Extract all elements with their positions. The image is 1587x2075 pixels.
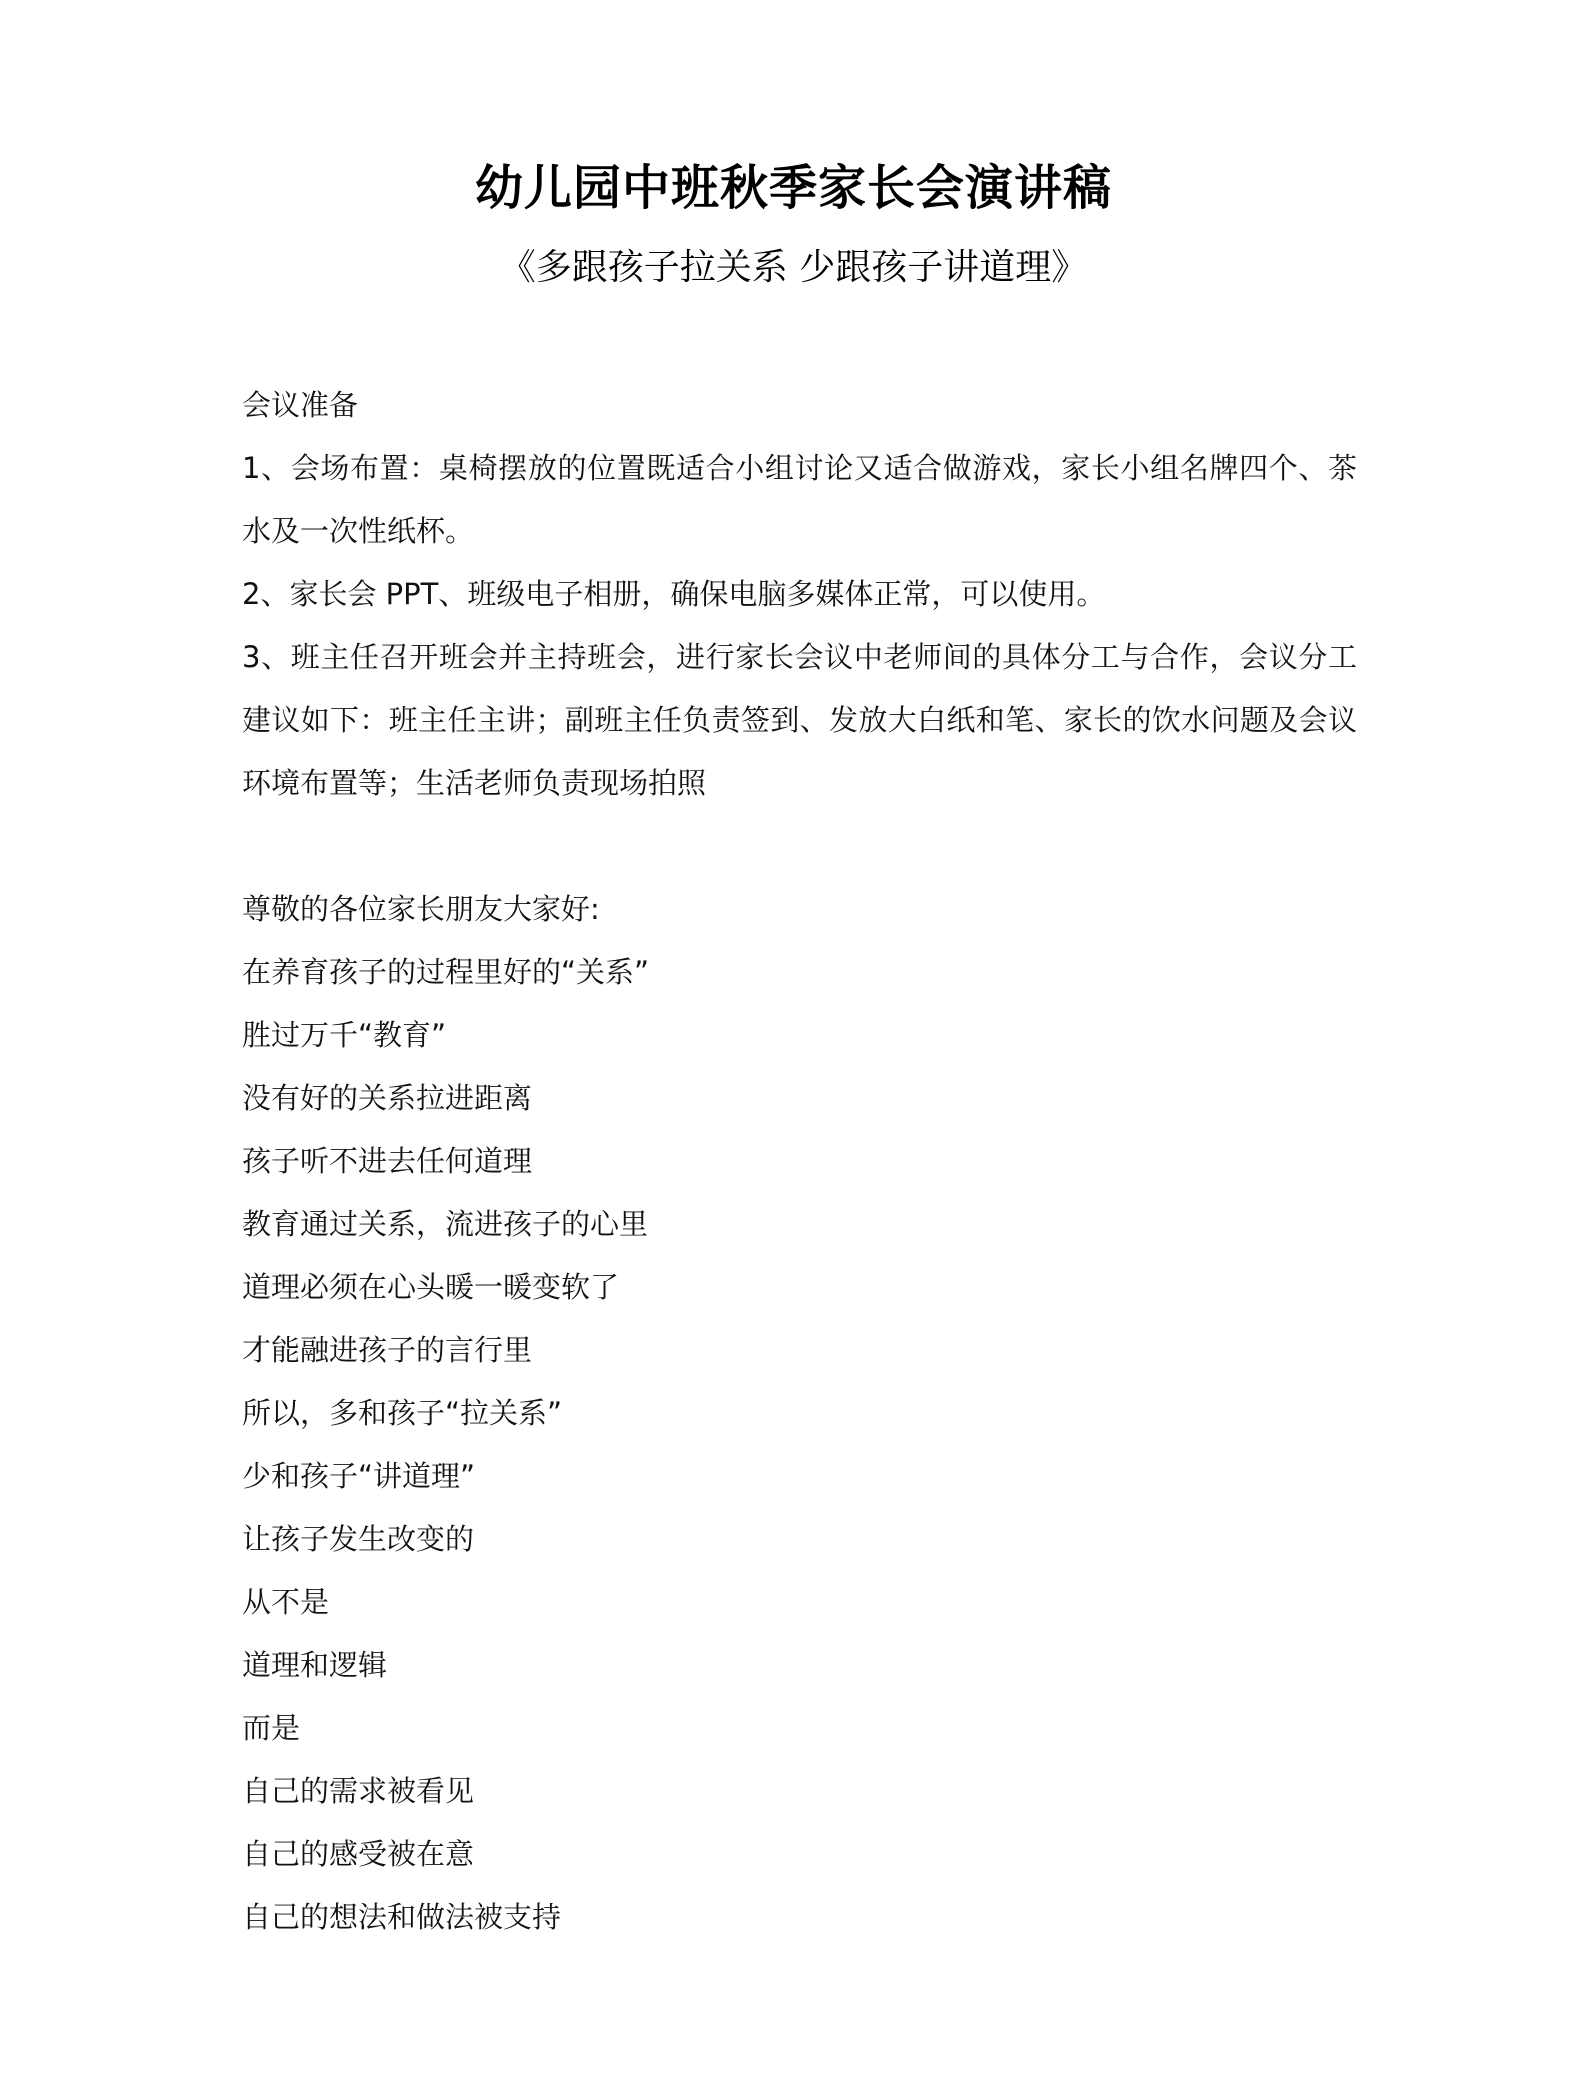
preparation-item-2: 2、家长会 PPT、班级电子相册，确保电脑多媒体正常，可以使用。	[242, 563, 1357, 626]
speech-line: 让孩子发生改变的	[242, 1508, 1357, 1571]
speech-line: 教育通过关系，流进孩子的心里	[242, 1193, 1357, 1256]
speech-line: 少和孩子“讲道理”	[242, 1445, 1357, 1508]
speech-line: 自己的想法和做法被支持	[242, 1886, 1357, 1949]
speech-line: 道理必须在心头暖一暖变软了	[242, 1256, 1357, 1319]
speech-line: 从不是	[242, 1571, 1357, 1634]
speech-line: 没有好的关系拉进距离	[242, 1067, 1357, 1130]
document-title: 幼儿园中班秋季家长会演讲稿	[0, 152, 1587, 224]
speech-line: 孩子听不进去任何道理	[242, 1130, 1357, 1193]
speech-line: 自己的需求被看见	[242, 1760, 1357, 1823]
document-subtitle: 《多跟孩子拉关系 少跟孩子讲道理》	[0, 238, 1587, 298]
preparation-heading: 会议准备	[242, 374, 1357, 437]
speech-line: 所以，多和孩子“拉关系”	[242, 1382, 1357, 1445]
document-page: 幼儿园中班秋季家长会演讲稿 《多跟孩子拉关系 少跟孩子讲道理》 会议准备 1、会…	[0, 0, 1587, 2075]
speech-line: 而是	[242, 1697, 1357, 1760]
speech-line: 胜过万千“教育”	[242, 1004, 1357, 1067]
speech-line: 自己的感受被在意	[242, 1823, 1357, 1886]
preparation-item-1: 1、会场布置：桌椅摆放的位置既适合小组讨论又适合做游戏，家长小组名牌四个、茶水及…	[242, 437, 1357, 563]
speech-line: 道理和逻辑	[242, 1634, 1357, 1697]
speech-line: 才能融进孩子的言行里	[242, 1319, 1357, 1382]
preparation-item-3: 3、班主任召开班会并主持班会，进行家长会议中老师间的具体分工与合作，会议分工建议…	[242, 626, 1357, 815]
document-body: 会议准备 1、会场布置：桌椅摆放的位置既适合小组讨论又适合做游戏，家长小组名牌四…	[242, 374, 1357, 1949]
speech-line: 在养育孩子的过程里好的“关系”	[242, 941, 1357, 1004]
speech-greeting: 尊敬的各位家长朋友大家好:	[242, 878, 1357, 941]
section-spacer	[242, 815, 1357, 878]
